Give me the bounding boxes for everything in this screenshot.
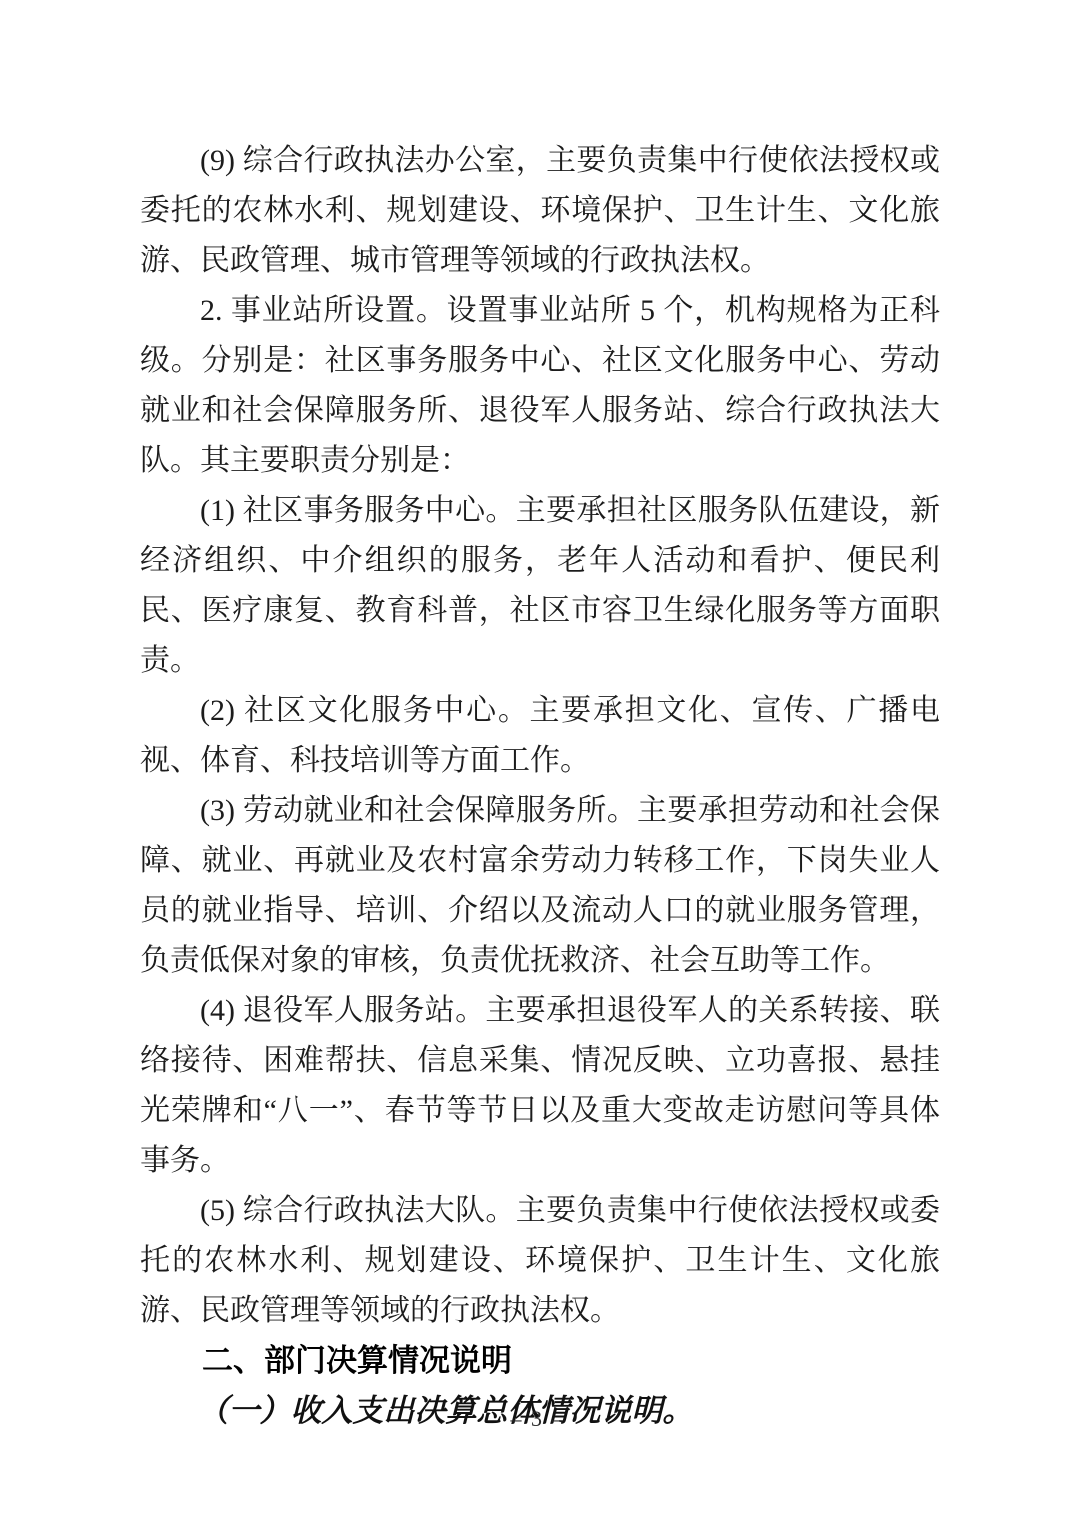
- paragraph-item-3-labor-social-security-office: (3) 劳动就业和社会保障服务所。主要承担劳动和社会保障、就业、再就业及农村富余…: [140, 786, 940, 986]
- paragraph-institution-stations-setup: 2. 事业站所设置。设置事业站所 5 个，机构规格为正科级。分别是：社区事务服务…: [140, 286, 940, 486]
- paragraph-item-5-enforcement-brigade: (5) 综合行政执法大队。主要负责集中行使依法授权或委托的农林水利、规划建设、环…: [140, 1186, 940, 1336]
- paragraph-item-1-community-affairs-center: (1) 社区事务服务中心。主要承担社区服务队伍建设，新经济组织、中介组织的服务，…: [140, 486, 940, 686]
- paragraph-item-2-community-culture-center: (2) 社区文化服务中心。主要承担文化、宣传、广播电视、体育、科技培训等方面工作…: [140, 686, 940, 786]
- page-number: – 3 –: [0, 1406, 1075, 1432]
- paragraph-item-9-enforcement-office: (9) 综合行政执法办公室，主要负责集中行使依法授权或委托的农林水利、规划建设、…: [140, 136, 940, 286]
- document-body: (9) 综合行政执法办公室，主要负责集中行使依法授权或委托的农林水利、规划建设、…: [140, 136, 940, 1436]
- section-heading-budget-statement: 二、部门决算情况说明: [140, 1336, 940, 1386]
- document-page: (9) 综合行政执法办公室，主要负责集中行使依法授权或委托的农林水利、规划建设、…: [0, 0, 1075, 1520]
- paragraph-item-4-veterans-service-station: (4) 退役军人服务站。主要承担退役军人的关系转接、联络接待、困难帮扶、信息采集…: [140, 986, 940, 1186]
